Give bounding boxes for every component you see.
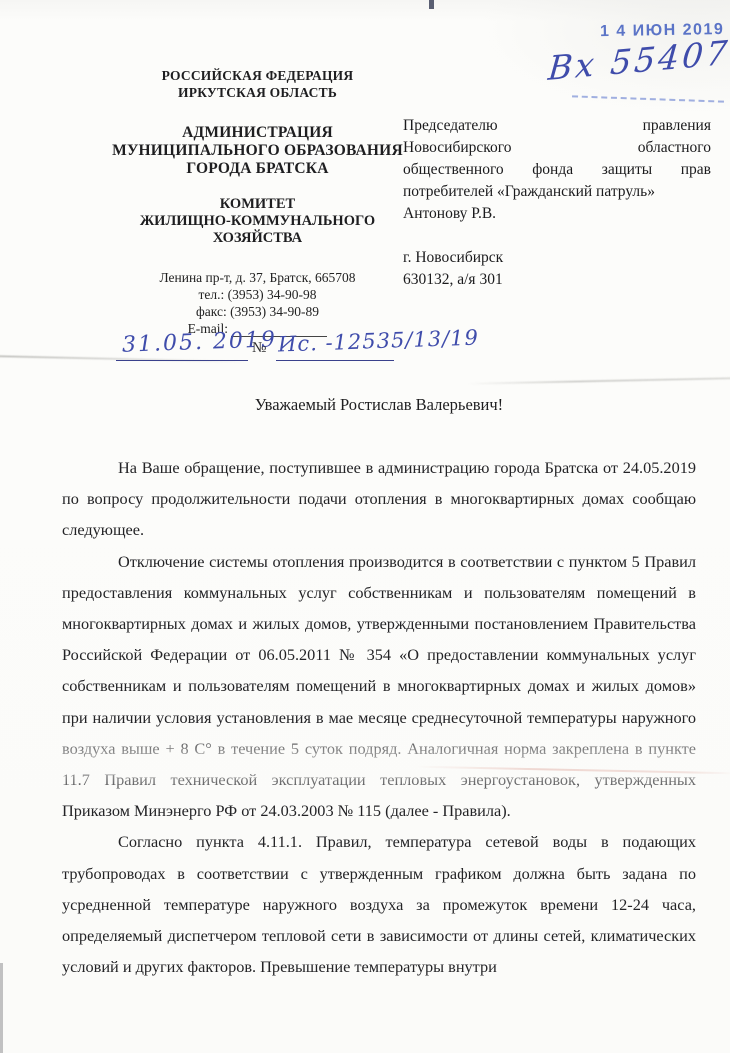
recipient-spacer (403, 225, 711, 247)
letterhead-phone: тел.: (3953) 34-90-98 (105, 286, 410, 303)
scanned-letter-page: 1 4 ИЮН 2019 Вх 55407 РОССИЙСКАЯ ФЕДЕРАЦ… (0, 0, 730, 1053)
letterhead-dept-line: КОМИТЕТ (105, 196, 410, 213)
recipient-postal: 630132, а/я 301 (403, 269, 711, 291)
body-paragraph-1: На Ваше обращение, поступившее в админис… (62, 452, 696, 546)
letterhead-dept-line: ЖИЛИЩНО-КОММУНАЛЬНОГО (105, 213, 410, 230)
letterhead-org-line: ГОРОДА БРАТСКА (105, 160, 410, 178)
letterhead-dept-line: ХОЗЯЙСТВА (105, 230, 410, 247)
letterhead-address: Ленина пр-т, д. 37, Братск, 665708 (105, 269, 410, 286)
recipient-line: Председателю правления (403, 115, 711, 137)
letterhead-org-line: МУНИЦИПАЛЬНОГО ОБРАЗОВАНИЯ (105, 142, 410, 160)
letterhead-organization: АДМИНИСТРАЦИЯ МУНИЦИПАЛЬНОГО ОБРАЗОВАНИЯ… (105, 124, 410, 178)
recipient-city: г. Новосибирск (403, 247, 711, 269)
stamp-dashed-underline (572, 95, 724, 102)
recipient-block: Председателю правления Новосибирского об… (403, 115, 711, 291)
paper-crease-right (468, 377, 730, 385)
letterhead-fax: факс: (3953) 34-90-89 (105, 303, 410, 320)
number-sign: № (252, 340, 266, 357)
body-paragraph-2: Отключение системы отопления производитс… (62, 546, 696, 827)
letterhead-country: РОССИЙСКАЯ ФЕДЕРАЦИЯ (105, 68, 410, 85)
recipient-line: общественного фонда защиты прав (403, 159, 711, 181)
scan-edge-shadow (0, 963, 3, 1053)
recipient-line: Новосибирского областного (403, 137, 711, 159)
letterhead-contacts: Ленина пр-т, д. 37, Братск, 665708 тел.:… (105, 269, 410, 337)
date-underline (116, 360, 248, 361)
letterhead-region: ИРКУТСКАЯ ОБЛАСТЬ (105, 85, 410, 102)
salutation: Уважаемый Ростислав Валерьевич! (62, 392, 696, 418)
letterhead-org-line: АДМИНИСТРАЦИЯ (105, 124, 410, 142)
scan-artifact-tick (429, 0, 434, 9)
recipient-name: Антонову Р.В. (403, 203, 711, 225)
letter-body: Уважаемый Ростислав Валерьевич! На Ваше … (62, 392, 696, 982)
body-paragraph-3: Согласно пункта 4.11.1. Правил, температ… (62, 826, 696, 982)
recipient-line: потребителей «Гражданский патруль» (403, 181, 711, 203)
letterhead: РОССИЙСКАЯ ФЕДЕРАЦИЯ ИРКУТСКАЯ ОБЛАСТЬ А… (105, 68, 410, 337)
letterhead-department: КОМИТЕТ ЖИЛИЩНО-КОММУНАЛЬНОГО ХОЗЯЙСТВА (105, 196, 410, 247)
number-underline (276, 360, 394, 361)
